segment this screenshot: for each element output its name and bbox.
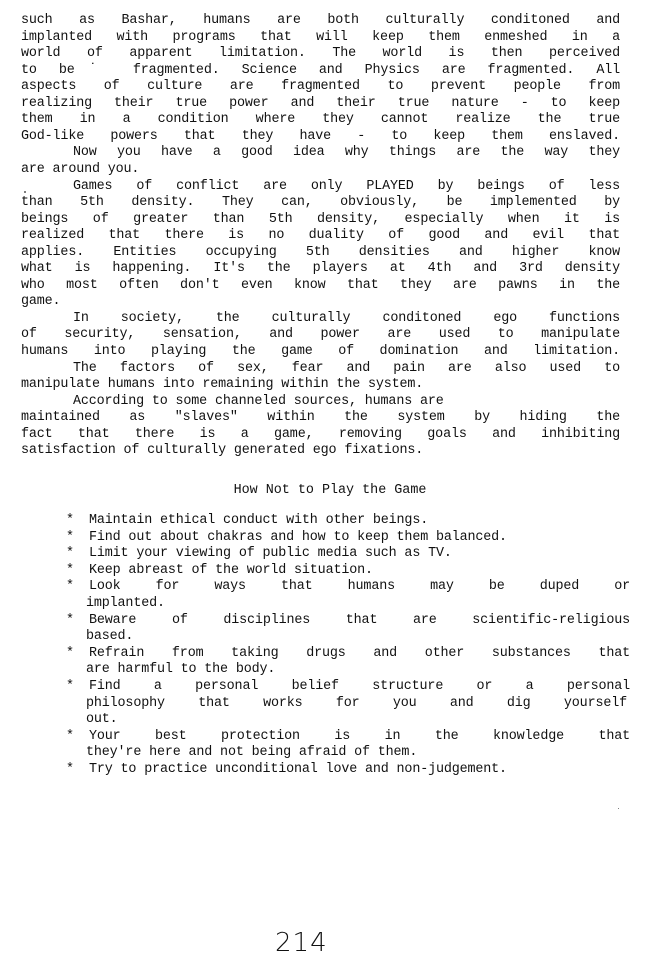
bullet-item-text: Find out about chakras and how to keep t… (89, 530, 630, 547)
bullet-star-icon: * (66, 513, 74, 530)
body-line: who most often don't even know that they… (21, 278, 620, 295)
scan-speck (618, 808, 619, 809)
bullet-star-icon: * (66, 563, 74, 580)
body-line: are around you. (21, 162, 620, 179)
bullet-item-text: Maintain ethical conduct with other bein… (89, 513, 630, 530)
body-line: world of apparent limitation. The world … (21, 46, 620, 63)
bullet-star-icon: * (66, 729, 74, 746)
bullet-item-text: they're here and not being afraid of the… (86, 745, 627, 762)
body-line: implanted with programs that will keep t… (21, 30, 620, 47)
bullet-item-text: Your best protection is in the knowledge… (89, 729, 630, 746)
body-line: manipulate humans into remaining within … (21, 377, 620, 394)
bullet-item-text: are harmful to the body. (86, 662, 627, 679)
body-line: God-like powers that they have - to keep… (21, 129, 620, 146)
bullet-item-text: Refrain from taking drugs and other subs… (89, 646, 630, 663)
bullet-item-text: Find a personal belief structure or a pe… (89, 679, 630, 696)
bullet-star-icon: * (66, 579, 74, 596)
body-line: to be˙ fragmented. Science and Physics a… (21, 63, 620, 80)
body-line: Games of conflict are only PLAYED by bei… (21, 179, 620, 196)
body-line: aspects of culture are fragmented to pre… (21, 79, 620, 96)
bullet-star-icon: * (66, 646, 74, 663)
body-line: fact that there is a game, removing goal… (21, 427, 620, 444)
body-line: them in a condition where they cannot re… (21, 112, 620, 129)
bullet-item-text: Look for ways that humans may be duped o… (89, 579, 630, 596)
bullet-item-text: implanted. (86, 596, 627, 613)
bullet-star-icon: * (66, 530, 74, 547)
body-line: The factors of sex, fear and pain are al… (21, 361, 620, 378)
bullet-item-text: Beware of disciplines that are scientifi… (89, 613, 630, 630)
body-line: applies. Entities occupying 5th densitie… (21, 245, 620, 262)
bullet-star-icon: * (66, 762, 74, 779)
body-line: beings of greater than 5th density, espe… (21, 212, 620, 229)
bullet-item-text: Keep abreast of the world situation. (89, 563, 630, 580)
bullet-item-text: Try to practice unconditional love and n… (89, 762, 630, 779)
bullet-star-icon: * (66, 613, 74, 630)
bullet-star-icon: * (66, 679, 74, 696)
body-line: realized that there is no duality of goo… (21, 228, 620, 245)
bullet-item-text: out. (86, 712, 627, 729)
scan-speck (24, 191, 26, 193)
body-line: of security, sensation, and power are us… (21, 327, 620, 344)
body-line: game. (21, 294, 620, 311)
body-line: Now you have a good idea why things are … (21, 145, 620, 162)
document-page: such as Bashar, humans are both cultural… (0, 0, 660, 967)
body-line: In society, the culturally conditoned eg… (21, 311, 620, 328)
bullet-item-text: philosophy that works for you and dig yo… (86, 696, 627, 713)
bullet-item-text: based. (86, 629, 627, 646)
body-line: what is happening. It's the players at 4… (21, 261, 620, 278)
body-line: humans into playing the game of dominati… (21, 344, 620, 361)
section-heading: How Not to Play the Game (0, 483, 660, 500)
bullet-star-icon: * (66, 546, 74, 563)
body-line: maintained as "slaves" within the system… (21, 410, 620, 427)
body-line: such as Bashar, humans are both cultural… (21, 13, 620, 30)
body-line: According to some channeled sources, hum… (21, 394, 620, 411)
body-line: realizing their true power and their tru… (21, 96, 620, 113)
bullet-item-text: Limit your viewing of public media such … (89, 546, 630, 563)
body-line: satisfaction of culturally generated ego… (21, 443, 620, 460)
body-line: than 5th density. They can, obviously, b… (21, 195, 620, 212)
page-number: 214 (275, 928, 328, 958)
